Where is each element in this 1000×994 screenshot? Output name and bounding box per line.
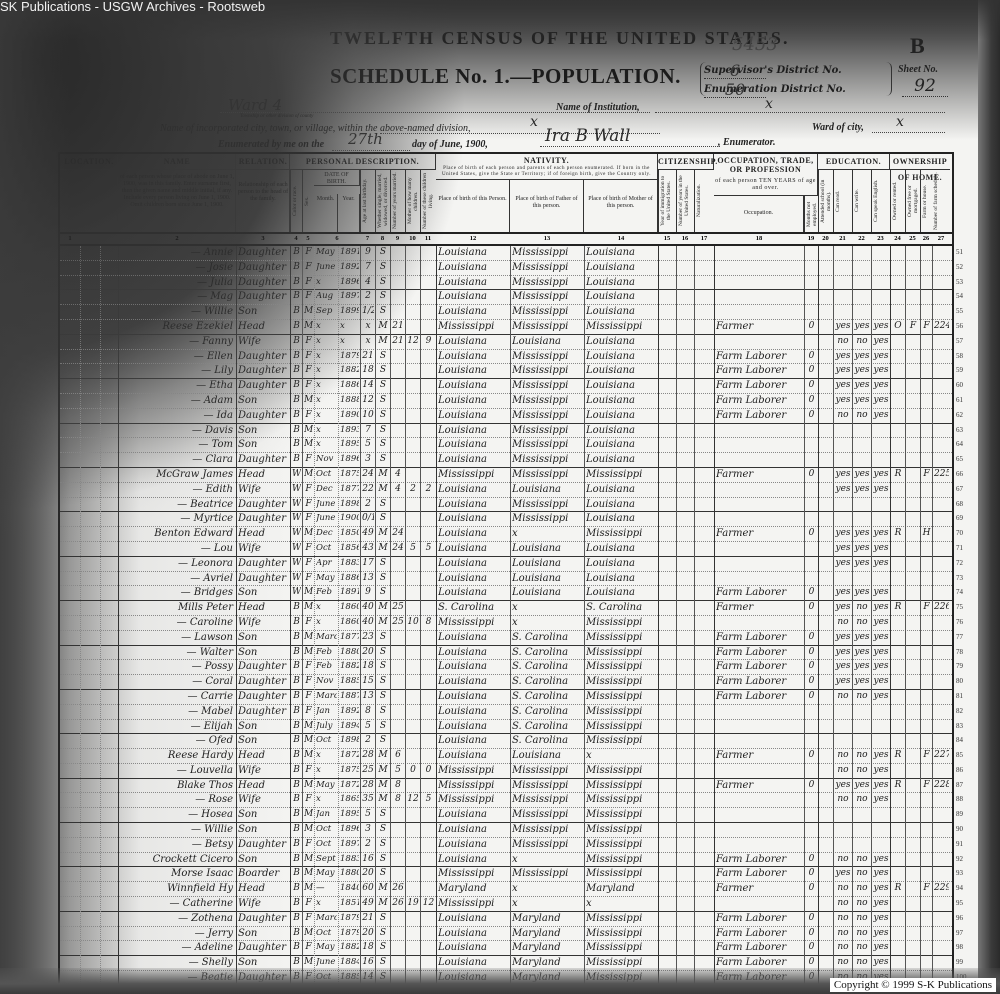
cell-month: x	[316, 616, 337, 630]
line-number: 58	[956, 350, 963, 364]
grid-line	[314, 246, 315, 986]
cell-occupation: Farm Laborer	[716, 675, 803, 689]
cell-year: 1880	[340, 646, 359, 660]
cell-age: 2	[362, 290, 374, 304]
cell-name: — Betsy	[120, 838, 235, 852]
cell-pob: Mississippi	[438, 616, 509, 630]
cell-occupation: Farm Laborer	[716, 941, 803, 955]
cell-relation: Daughter	[238, 941, 289, 955]
cell-name: Benton Edward	[120, 527, 235, 541]
cell-month: Feb	[316, 660, 337, 674]
line-number: 87	[956, 779, 963, 793]
cell-marital: S	[377, 867, 389, 881]
cell-year: 1897	[340, 838, 359, 852]
line-number: 78	[956, 646, 963, 660]
cell-married: 21	[392, 320, 404, 334]
census-table: LOCATION. NAME of each person whose plac…	[58, 152, 954, 986]
grid-line	[833, 246, 834, 986]
cell-english: yes	[873, 320, 889, 334]
cell-pob-mother: Louisiana	[586, 512, 657, 526]
cell-pob-father: Mississippi	[512, 512, 583, 526]
cell-read: yes	[835, 646, 851, 660]
cell-color: W	[292, 468, 301, 482]
cell-name: — Elijah	[120, 720, 235, 734]
grid-line	[420, 246, 421, 986]
scan-edge-right	[978, 0, 1000, 994]
cell-sex: M	[304, 468, 313, 482]
cell-relation: Head	[238, 320, 289, 334]
cell-pob-mother: Louisiana	[586, 542, 657, 556]
col-marital: Whether single, married, widowed, or div…	[375, 170, 390, 232]
line-number: 62	[956, 409, 963, 423]
cell-pob: Louisiana	[438, 498, 509, 512]
cell-living: 12	[422, 897, 435, 911]
table-body: — AnnieDaughterBFMay18919SLouisianaMissi…	[60, 246, 952, 986]
cell-name: — Etha	[120, 379, 235, 393]
cell-occupation: Farm Laborer	[716, 660, 803, 674]
cell-relation: Daughter	[238, 912, 289, 926]
cell-pob-father: Mississippi	[512, 764, 583, 778]
cell-read: no	[835, 616, 851, 630]
ward-value: x	[896, 114, 904, 130]
cell-sex: F	[304, 705, 313, 719]
cell-color: B	[292, 438, 301, 452]
cell-sex: F	[304, 572, 313, 586]
cell-marital: S	[377, 290, 389, 304]
line-number: 77	[956, 631, 963, 645]
cell-marital: M	[377, 882, 389, 896]
cell-unemployed: 0	[806, 941, 817, 955]
cell-relation: Wife	[238, 616, 289, 630]
line-number: 59	[956, 364, 963, 378]
cell-year: 1850	[340, 527, 359, 541]
cell-age: 24	[362, 468, 374, 482]
grid-line	[871, 246, 872, 986]
cell-pob: Louisiana	[438, 646, 509, 660]
cell-read: no	[835, 749, 851, 763]
enumerated-suffix: day of June, 1900,	[412, 139, 488, 150]
cell-month: x	[316, 409, 337, 423]
cell-age: 14	[362, 379, 374, 393]
cell-relation: Son	[238, 424, 289, 438]
cell-age: 1/2	[362, 305, 374, 319]
cell-name: — Jerry	[120, 927, 235, 941]
cell-pob: Mississippi	[438, 320, 509, 334]
cell-age: 7	[362, 261, 374, 275]
cell-write: yes	[854, 542, 870, 556]
cell-pob-mother: Louisiana	[586, 438, 657, 452]
cell-pob-mother: Mississippi	[586, 823, 657, 837]
cell-pob: Mississippi	[438, 779, 509, 793]
cell-english: yes	[873, 897, 889, 911]
column-number: 8	[375, 235, 390, 242]
cell-month: Dec	[316, 483, 337, 497]
cell-farm: H	[922, 527, 931, 541]
cell-year: x	[340, 320, 359, 334]
cell-pob-father: Mississippi	[512, 276, 583, 290]
cell-pob: Louisiana	[438, 660, 509, 674]
cell-pob: Louisiana	[438, 912, 509, 926]
line-number: 70	[956, 527, 963, 541]
cell-relation: Son	[238, 808, 289, 822]
cell-name: — Catherine	[120, 897, 235, 911]
cell-color: B	[292, 350, 301, 364]
cell-write: yes	[854, 350, 870, 364]
cell-marital: M	[377, 764, 389, 778]
cell-english: yes	[873, 631, 889, 645]
cell-pob: Louisiana	[438, 720, 509, 734]
column-number-row: 1234567891011121314151617181920212223242…	[60, 234, 952, 246]
cell-color: B	[292, 246, 301, 260]
cell-relation: Daughter	[238, 246, 289, 260]
cell-month: May	[316, 246, 337, 260]
cell-marital: S	[377, 705, 389, 719]
cell-mother: 10	[407, 616, 419, 630]
cell-name: Winnfield Hy	[120, 882, 235, 896]
cell-unemployed: 0	[806, 912, 817, 926]
line-number: 94	[956, 882, 963, 896]
cell-farm: F	[922, 320, 931, 334]
cell-name: — Lily	[120, 364, 235, 378]
cell-age: 20	[362, 646, 374, 660]
cell-pob: Louisiana	[438, 941, 509, 955]
cell-name: — Caroline	[120, 616, 235, 630]
grid-line	[338, 246, 339, 986]
cell-write: yes	[854, 394, 870, 408]
cell-color: B	[292, 867, 301, 881]
cell-age: 21	[362, 912, 374, 926]
cell-mother: 12	[407, 335, 419, 349]
cell-english: yes	[873, 660, 889, 674]
cell-english: yes	[873, 350, 889, 364]
cell-pob-mother: Maryland	[586, 882, 657, 896]
cell-pob-father: Mississippi	[512, 838, 583, 852]
cell-english: yes	[873, 882, 889, 896]
district-brace-right	[885, 62, 892, 96]
cell-color: W	[292, 498, 301, 512]
cell-pob: Mississippi	[438, 468, 509, 482]
cell-color: W	[292, 512, 301, 526]
cell-marital: M	[377, 527, 389, 541]
cell-occupation: Farm Laborer	[716, 690, 803, 704]
enumerator-line	[540, 146, 720, 147]
cell-color: B	[292, 853, 301, 867]
cell-color: B	[292, 646, 301, 660]
census-page: TWELFTH CENSUS OF THE UNITED STATES. SCH…	[0, 0, 1000, 994]
cell-color: B	[292, 631, 301, 645]
column-number: 15	[658, 235, 676, 242]
cell-unemployed: 0	[806, 379, 817, 393]
line-number: 95	[956, 897, 963, 911]
col-free-mortgaged: Owned free or mortgaged.	[905, 170, 920, 232]
cell-relation: Daughter	[238, 512, 289, 526]
cell-unemployed: 0	[806, 660, 817, 674]
cell-write: no	[854, 882, 870, 896]
cell-marital: S	[377, 690, 389, 704]
col-school: Attended school (in months).	[818, 170, 833, 232]
enumerated-label: Enumerated by me on the	[218, 139, 324, 150]
cell-owned: R	[892, 527, 904, 541]
cell-relation: Wife	[238, 897, 289, 911]
cell-pob-father: S. Carolina	[512, 720, 583, 734]
cell-sex: M	[304, 867, 313, 881]
cell-pob-mother: S. Carolina	[586, 601, 657, 615]
relation-description: Relationship of each person to the head …	[236, 180, 290, 205]
cell-pob-mother: Louisiana	[586, 572, 657, 586]
division-label: Township or other division of county	[240, 114, 313, 119]
col-year: Year.	[338, 194, 360, 232]
cell-pob: Louisiana	[438, 557, 509, 571]
cell-pob-mother: Louisiana	[586, 424, 657, 438]
cell-year: 1896	[340, 823, 359, 837]
cell-read: yes	[835, 660, 851, 674]
column-number: 26	[920, 235, 932, 242]
cell-name: Crockett Cicero	[120, 853, 235, 867]
cell-write: no	[854, 941, 870, 955]
line-number: 56	[956, 320, 963, 334]
cell-marital: S	[377, 631, 389, 645]
cell-english: yes	[873, 483, 889, 497]
cell-read: yes	[835, 483, 851, 497]
cell-read: yes	[835, 542, 851, 556]
cell-english: yes	[873, 793, 889, 807]
cell-english: yes	[873, 927, 889, 941]
cell-married: 24	[392, 542, 404, 556]
cell-sex: M	[304, 646, 313, 660]
cell-age: 49	[362, 527, 374, 541]
cell-sex: F	[304, 941, 313, 955]
cell-english: yes	[873, 853, 889, 867]
cell-marital: S	[377, 941, 389, 955]
cell-age: 15	[362, 675, 374, 689]
cell-pob-mother: Louisiana	[586, 394, 657, 408]
cell-year: 1875	[340, 764, 359, 778]
column-number: 18	[714, 235, 804, 242]
cell-pob: Louisiana	[438, 364, 509, 378]
grid-line	[694, 246, 695, 986]
cell-pob: Mississippi	[438, 764, 509, 778]
cell-relation: Son	[238, 631, 289, 645]
cell-pob-father: Louisiana	[512, 335, 583, 349]
cell-color: B	[292, 779, 301, 793]
cell-age: 35	[362, 793, 374, 807]
cell-month: Oct	[316, 927, 337, 941]
line-number: 83	[956, 720, 963, 734]
cell-relation: Son	[238, 586, 289, 600]
cell-age: x	[362, 320, 374, 334]
cell-pob-father: Louisiana	[512, 749, 583, 763]
line-number: 67	[956, 483, 963, 497]
cell-unemployed: 0	[806, 882, 817, 896]
enumerated-day: 27th	[348, 130, 383, 148]
grid-line	[236, 246, 237, 986]
cell-write: no	[854, 749, 870, 763]
line-number: 81	[956, 690, 963, 704]
cell-month: x	[316, 335, 337, 349]
cell-name: — Rose	[120, 793, 235, 807]
cell-month: Aug	[316, 290, 337, 304]
cell-pob-father: Mississippi	[512, 498, 583, 512]
column-number: 24	[890, 235, 905, 242]
cell-age: 17	[362, 557, 374, 571]
cell-age: x	[362, 335, 374, 349]
cell-schedule: 228	[934, 779, 949, 793]
cell-pob-father: Louisiana	[512, 572, 583, 586]
cell-english: yes	[873, 749, 889, 763]
cell-year: 1856	[340, 542, 359, 556]
cell-name: — Carrie	[120, 690, 235, 704]
grid-line	[852, 246, 853, 986]
nativity-title: NATIVITY.	[436, 156, 657, 166]
cell-sex: F	[304, 690, 313, 704]
column-number: 19	[804, 235, 818, 242]
cell-write: yes	[854, 320, 870, 334]
cell-schedule: 227	[934, 749, 949, 763]
cell-unemployed: 0	[806, 690, 817, 704]
cell-marital: S	[377, 572, 389, 586]
cell-year: 1885	[340, 675, 359, 689]
cell-pob-mother: Louisiana	[586, 409, 657, 423]
cell-name: — Edith	[120, 483, 235, 497]
cell-sex: M	[304, 305, 313, 319]
cell-color: B	[292, 601, 301, 615]
cell-read: yes	[835, 468, 851, 482]
cell-color: B	[292, 409, 301, 423]
cell-pob-father: Mississippi	[512, 350, 583, 364]
cell-year: 1895	[340, 438, 359, 452]
cell-year: 1898	[340, 734, 359, 748]
line-number: 80	[956, 675, 963, 689]
cell-month: March	[316, 631, 337, 645]
grid-line	[436, 246, 437, 986]
cell-pob-father: Mississippi	[512, 320, 583, 334]
cell-name: — Hosea	[120, 808, 235, 822]
cell-age: 3	[362, 453, 374, 467]
cell-pob: Mississippi	[438, 897, 509, 911]
cell-sex: F	[304, 350, 313, 364]
cell-pob: Louisiana	[438, 838, 509, 852]
cell-write: yes	[854, 586, 870, 600]
cell-write: no	[854, 616, 870, 630]
cell-write: no	[854, 912, 870, 926]
cell-farm: F	[922, 749, 931, 763]
cell-marital: M	[377, 335, 389, 349]
cell-age: 43	[362, 542, 374, 556]
cell-marital: S	[377, 498, 389, 512]
cell-relation: Boarder	[238, 867, 289, 881]
cell-relation: Son	[238, 734, 289, 748]
cell-age: 22	[362, 483, 374, 497]
line-number: 76	[956, 616, 963, 630]
cell-month: Sept	[316, 853, 337, 867]
cell-read: yes	[835, 631, 851, 645]
cell-color: B	[292, 897, 301, 911]
cell-color: W	[292, 557, 301, 571]
cell-pob-father: S. Carolina	[512, 660, 583, 674]
line-number: 61	[956, 394, 963, 408]
column-number: 14	[584, 235, 658, 242]
grid-line	[375, 246, 376, 986]
grid-line	[905, 246, 906, 986]
cell-age: 7	[362, 424, 374, 438]
cell-pob-mother: Louisiana	[586, 586, 657, 600]
cell-pob: Louisiana	[438, 675, 509, 689]
cell-pob-father: S. Carolina	[512, 631, 583, 645]
column-number: 1	[60, 235, 80, 242]
cell-english: yes	[873, 335, 889, 349]
cell-marital: M	[377, 468, 389, 482]
cell-pob-father: Mississippi	[512, 438, 583, 452]
cell-marital: M	[377, 542, 389, 556]
cell-year: 1882	[340, 364, 359, 378]
cell-relation: Daughter	[238, 350, 289, 364]
cell-relation: Daughter	[238, 364, 289, 378]
cell-read: no	[835, 927, 851, 941]
cell-farm: F	[922, 468, 931, 482]
cell-month: Jan	[316, 705, 337, 719]
cell-living: 5	[422, 542, 435, 556]
cell-year: 1879	[340, 927, 359, 941]
cell-color: W	[292, 542, 301, 556]
col-read: Can read.	[833, 170, 852, 232]
cell-color: B	[292, 261, 301, 275]
cell-relation: Daughter	[238, 838, 289, 852]
cell-read: yes	[835, 527, 851, 541]
cell-pob-mother: Mississippi	[586, 838, 657, 852]
cell-pob: Louisiana	[438, 705, 509, 719]
cell-english: yes	[873, 557, 889, 571]
cell-pob-father: Mississippi	[512, 779, 583, 793]
cell-mother: 5	[407, 542, 419, 556]
cell-unemployed: 0	[806, 527, 817, 541]
cell-sex: M	[304, 853, 313, 867]
cell-age: 13	[362, 572, 374, 586]
cell-unemployed: 0	[806, 409, 817, 423]
cell-married: 26	[392, 897, 404, 911]
col-immigration: Year of immigration to the United States…	[658, 170, 676, 232]
cell-pob-mother: Mississippi	[586, 867, 657, 881]
column-number: 9	[390, 235, 405, 242]
cell-year: 1892	[340, 705, 359, 719]
line-number: 65	[956, 453, 963, 467]
line-number: 97	[956, 927, 963, 941]
cell-relation: Son	[238, 438, 289, 452]
cell-occupation: Farmer	[716, 320, 803, 334]
cell-pob-mother: x	[586, 749, 657, 763]
cell-read: no	[835, 335, 851, 349]
cell-age: 40	[362, 616, 374, 630]
column-number: 10	[405, 235, 420, 242]
cell-marital: M	[377, 483, 389, 497]
cell-age: 12	[362, 394, 374, 408]
cell-pob-father: Mississippi	[512, 261, 583, 275]
col-english: Can speak English.	[871, 170, 890, 232]
line-number: 72	[956, 557, 963, 571]
cell-pob: Louisiana	[438, 483, 509, 497]
cell-relation: Daughter	[238, 379, 289, 393]
line-number: 64	[956, 438, 963, 452]
cell-marital: S	[377, 660, 389, 674]
cell-farm: F	[922, 601, 931, 615]
group-name: NAME	[118, 154, 236, 170]
line-number: 63	[956, 424, 963, 438]
cell-pob-father: Mississippi	[512, 424, 583, 438]
cell-read: no	[835, 690, 851, 704]
cell-pob-father: Mississippi	[512, 823, 583, 837]
cell-age: 20	[362, 927, 374, 941]
cell-pob-mother: x	[586, 897, 657, 911]
ward-label: Ward of city,	[812, 122, 864, 133]
